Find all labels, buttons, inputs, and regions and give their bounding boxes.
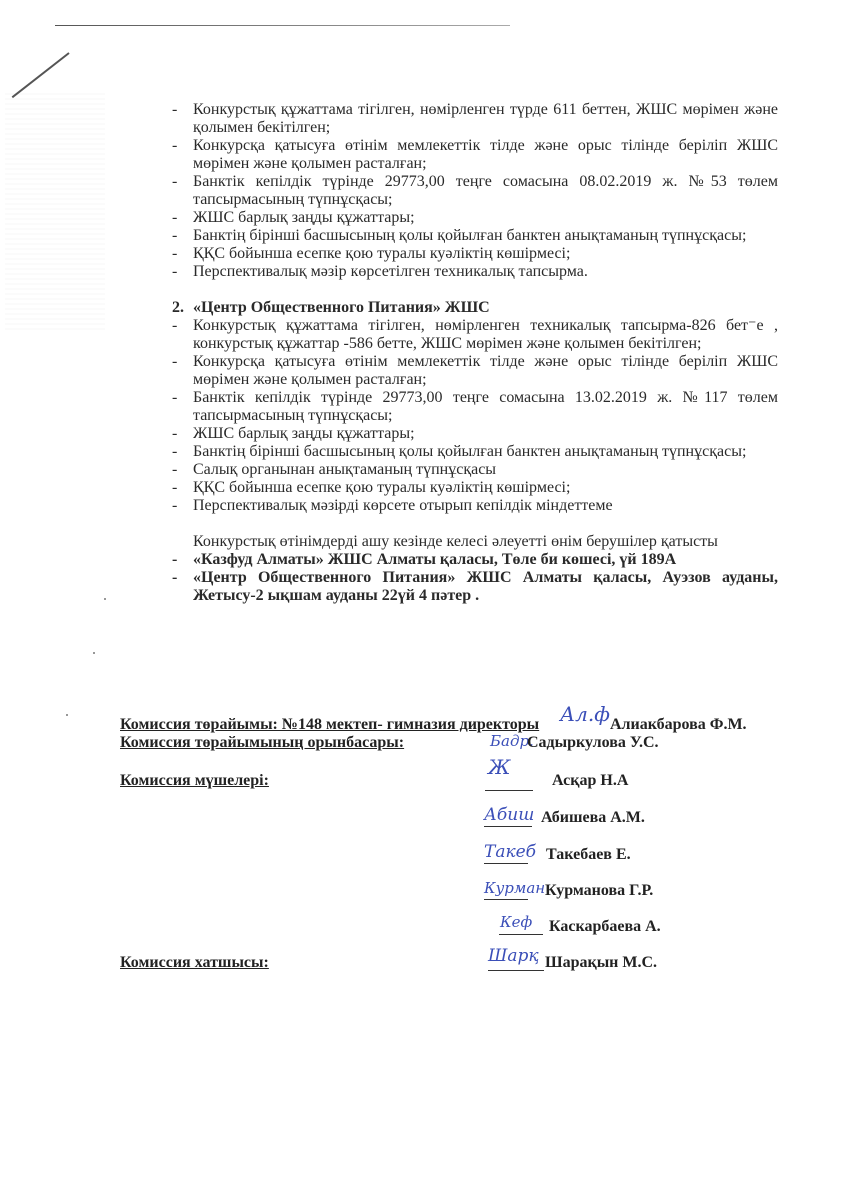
member-1-signature: Ж bbox=[488, 755, 510, 779]
member-4-signature: Курман bbox=[484, 879, 545, 897]
scan-speck bbox=[338, 507, 340, 509]
section-number: 2. bbox=[172, 299, 184, 317]
scan-noise bbox=[5, 90, 105, 330]
signature-line bbox=[484, 863, 528, 864]
list-item: -ҚҚС бойынша есепке қою туралы куәліктің… bbox=[172, 479, 778, 497]
member-3-signature: Такеб bbox=[484, 842, 536, 862]
secretary-label: Комиссия хатшысы: bbox=[120, 954, 269, 972]
scan-speck bbox=[104, 598, 106, 600]
signature-line bbox=[499, 934, 543, 935]
list-item: -Банктің бірінші басшысының қолы қойылға… bbox=[172, 227, 778, 245]
signature-line bbox=[484, 899, 528, 900]
member-name: Абишева А.М. bbox=[541, 809, 645, 827]
section-1-list: -Конкурстық құжаттама тігілген, нөмірлен… bbox=[172, 101, 778, 281]
list-item: -ҚҚС бойынша есепке қою туралы куәліктің… bbox=[172, 245, 778, 263]
section-2: 2. «Центр Общественного Питания» ЖШС -Ко… bbox=[172, 299, 778, 515]
list-item: -Конкурстық құжаттама тігілген, нөмірлен… bbox=[172, 317, 778, 353]
section-title: «Центр Общественного Питания» ЖШС bbox=[193, 299, 490, 316]
members-label: Комиссия мүшелері: bbox=[120, 772, 269, 790]
chair-signature: Ал.ф bbox=[560, 702, 610, 726]
chair-label: Комиссия төрайымы: №148 мектеп- гимназия… bbox=[120, 716, 539, 734]
participants: Конкурстық өтінімдерді ашу кезінде келес… bbox=[172, 533, 778, 605]
section-2-heading: 2. «Центр Общественного Питания» ЖШС bbox=[172, 299, 778, 317]
list-item: -Конкурстық құжаттама тігілген, нөмірлен… bbox=[172, 101, 778, 137]
list-item: -Банктік кепілдік түрінде 29773,00 теңге… bbox=[172, 389, 778, 425]
member-5-signature: Кеф bbox=[500, 913, 532, 931]
member-name: Асқар Н.А bbox=[552, 772, 628, 790]
document-body: -Конкурстық құжаттама тігілген, нөмірлен… bbox=[172, 101, 778, 605]
secretary-signature: Шарқ bbox=[488, 946, 539, 966]
scanned-document-page: -Конкурстық құжаттама тігілген, нөмірлен… bbox=[0, 0, 848, 1200]
list-item: -Конкурсқа қатысуға өтінім мемлекеттік т… bbox=[172, 353, 778, 389]
list-item: -Банктің бірінші басшысының қолы қойылға… bbox=[172, 443, 778, 461]
chair-name: Алиакбарова Ф.М. bbox=[610, 716, 747, 734]
signature-line bbox=[484, 826, 532, 827]
list-item: -Перспективалық мәзірді көрсете отырып к… bbox=[172, 497, 778, 515]
scan-speck bbox=[93, 652, 95, 654]
list-item: -Салық органынан анықтаманың түпнұсқасы bbox=[172, 461, 778, 479]
scan-speck bbox=[66, 714, 68, 716]
member-name: Каскарбаева А. bbox=[549, 918, 661, 936]
secretary-name: Шарақын М.С. bbox=[545, 954, 657, 972]
list-item: -Конкурсқа қатысуға өтінім мемлекеттік т… bbox=[172, 137, 778, 173]
signature-line bbox=[485, 790, 533, 791]
participant-item: -«Центр Общественного Питания» ЖШС Алмат… bbox=[172, 569, 778, 605]
participants-intro: Конкурстық өтінімдерді ашу кезінде келес… bbox=[172, 533, 778, 551]
list-item: -Перспективалық мәзір көрсетілген техник… bbox=[172, 263, 778, 281]
member-2-signature: Абиш bbox=[484, 805, 534, 825]
list-item: -ЖШС барлық заңды құжаттары; bbox=[172, 425, 778, 443]
member-name: Такебаев Е. bbox=[546, 846, 631, 864]
list-item: -Банктік кепілдік түрінде 29773,00 теңге… bbox=[172, 173, 778, 209]
deputy-label: Комиссия төрайымының орынбасары: bbox=[120, 734, 404, 752]
member-name: Курманова Г.Р. bbox=[545, 882, 653, 900]
participant-item: -«Казфуд Алматы» ЖШС Алматы қаласы, Төле… bbox=[172, 551, 778, 569]
scan-paper-edge bbox=[55, 25, 510, 26]
deputy-name: Садыркулова У.С. bbox=[527, 734, 659, 752]
signature-line bbox=[488, 970, 544, 971]
list-item: -ЖШС барлық заңды құжаттары; bbox=[172, 209, 778, 227]
